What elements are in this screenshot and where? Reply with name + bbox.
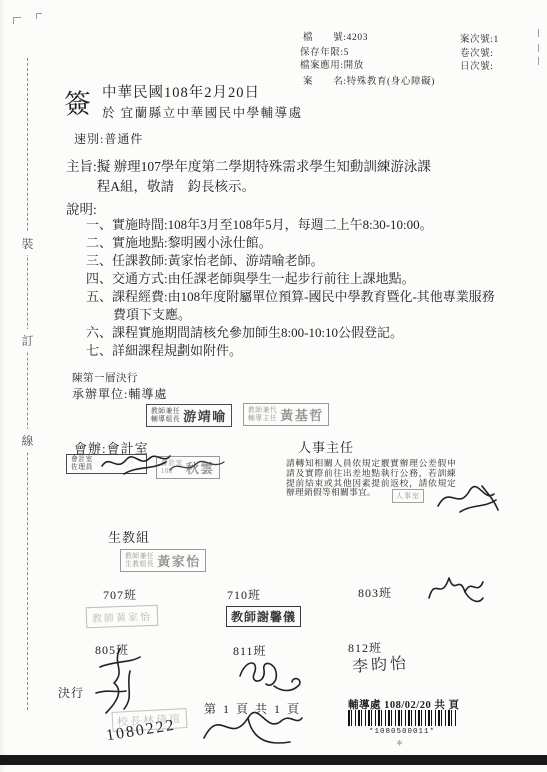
description-label: 說明: [66,198,97,218]
memo-location: 於 宜蘭縣立中華國民中學輔導處 [102,103,303,121]
retention-years: 保存年限:5 [300,44,349,58]
final-approval-label: 決行 [58,684,84,701]
class-812-signature: 李昀怡 [351,650,409,677]
approval-level: 陳第一層決行 [72,370,138,385]
binding-mark-xian: 線 [20,429,35,452]
barcode [348,710,456,726]
priority: 速別:普通件 [74,130,143,147]
description-item-5: 五、課程經費:由108年度附屬單位預算-國民中學教育暨化-其他專業服務費項下支應… [86,288,500,324]
crop-mark [36,13,42,19]
class-707-label: 707班 [103,586,137,603]
description-item-3: 三、任課教師:黃家怡老師、游靖喻老師。 [86,252,500,270]
edge-mark [538,57,539,65]
crop-mark [13,17,21,24]
scanned-memo-page: 裝 訂 線 檔 號:4203 案次號:1 保存年限:5 卷次號: 檔案應用:開放… [0,0,547,772]
personnel-signature [430,476,502,520]
subject-label: 主旨: [66,157,97,197]
memo-date: 中華民國108年2月20日 [102,81,260,102]
file-usage: 檔案應用:開放 [300,57,364,71]
edge-mark [538,44,539,52]
stamp-title: 教師兼任 生教組長 [125,553,154,569]
doc-type-qian: 簽 [63,82,92,122]
stamp-name: 黃基哲 [280,405,324,424]
personnel-director-title: 人事主任 [298,437,354,456]
barcode-text: *1080500011* [348,728,456,736]
counseling-director-stamp: 教師兼代 輔導主任 黃基哲 [243,403,329,426]
description-item-6: 六、課程實施期間請核允參加師生8:00-10:10公假登記。 [86,324,500,342]
student-affairs-label: 生教組 [108,527,150,546]
case-name: 案 名:特殊教育(身心障礙) [303,73,435,87]
description-item-7: 七、詳細課程規劃如附件。 [86,342,500,360]
stamp-name: 游靖喻 [183,406,227,425]
subject-block: 主旨: 擬 辦理107學年度第二學期特殊需求學生知動訓練游泳課程A組，敬請 鈞長… [66,157,443,197]
page-info: 第 1 頁 共 1 頁 [204,700,301,717]
description-item-2: 二、實施地點:黎明國小泳仕館。 [86,234,500,252]
subject-text: 擬 辦理107學年度第二學期特殊需求學生知動訓練游泳課程A組，敬請 鈞長核示。 [97,157,443,197]
class-811-signature [230,650,306,696]
stamp-title: 教師兼代 輔導主任 [248,407,277,423]
description-list: 一、實施時間:108年3月至108年5月，每週二上午8:30-10:00。 二、… [86,216,500,360]
binding-mark-ding: 訂 [20,329,35,352]
description-item-1: 一、實施時間:108年3月至108年5月，每週二上午8:30-10:00。 [86,216,500,234]
counseling-leader-stamp: 教師兼任 輔導組長 游靖喻 [146,404,232,427]
case-seq-number: 案次號:1 [460,31,499,45]
handling-unit: 承辦單位:輔導處 [72,385,167,402]
volume-seq-number: 卷次號: [460,45,494,59]
barcode-mark: ＊ [396,738,403,748]
stamp-title: 教師兼任 輔導組長 [151,408,180,424]
stamp-title: 會計室 佐理員 [71,456,93,472]
personnel-office-stamp: 人事室 [392,489,424,503]
class-803-signature [425,568,489,612]
binding-mark-zhuang: 裝 [20,232,35,255]
description-item-4: 四、交通方式:由任課老師與學生一起步行前往上課地點。 [86,270,500,288]
accounting-director-signature [166,454,230,478]
scan-edge-shade [0,0,6,772]
class-710-label: 710班 [227,586,261,603]
student-affairs-leader-stamp: 教師兼任 生教組長 黃家怡 [120,549,206,572]
binding-line [27,58,28,710]
class-707-teacher-stamp: 教師黃家怡 [86,605,159,629]
scan-bottom-bar [0,755,547,765]
class-710-teacher-stamp: 教師謝馨儀 [226,606,301,627]
edge-mark [538,29,539,37]
file-number: 檔 號:4203 [303,29,368,43]
class-803-label: 803班 [358,584,392,601]
class-805-signature [86,645,154,717]
stamp-name: 黃家怡 [157,551,201,570]
day-seq-number: 日次號: [460,58,494,72]
